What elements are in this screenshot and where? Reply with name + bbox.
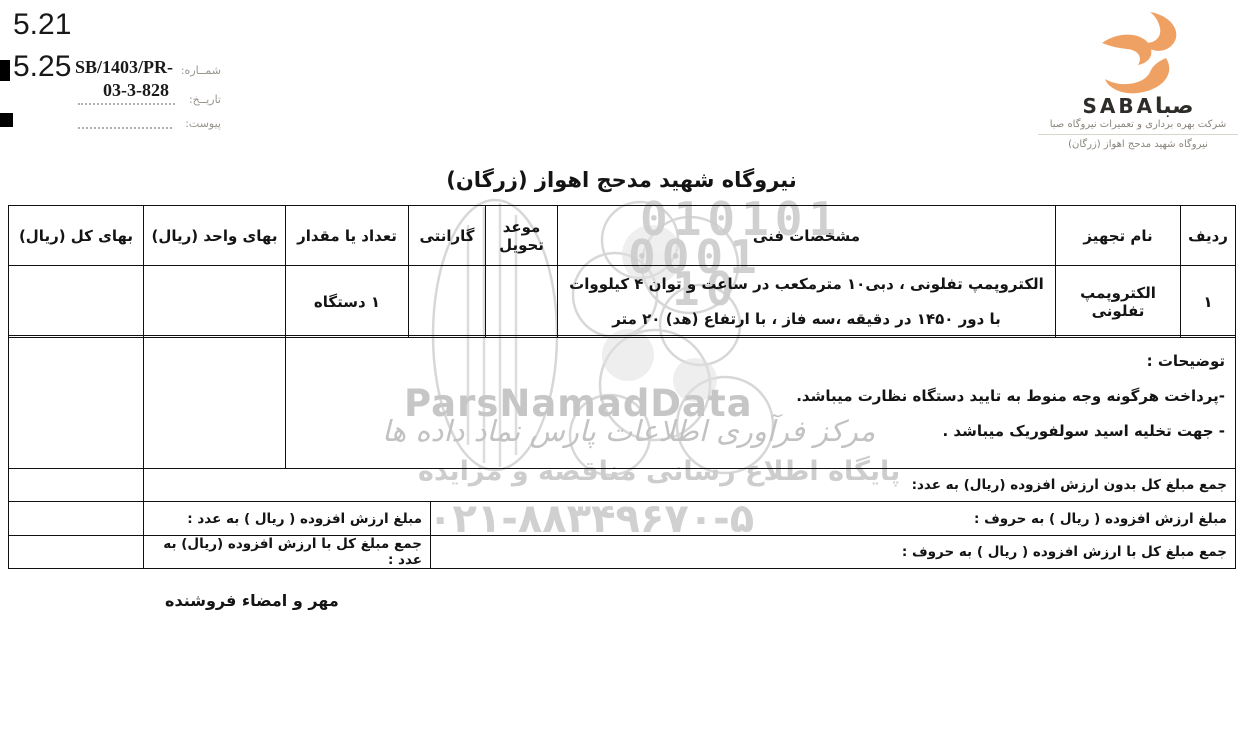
page-title: نیروگاه شهید مدحج اهواز (زرگان) — [0, 168, 1243, 192]
totals-row-with-vat: جمع مبلغ کل با ارزش افزوده ( ریال ) به ح… — [9, 536, 1236, 569]
total-with-vat-number-label: جمع مبلغ کل با ارزش افزوده (ریال) به عدد… — [144, 536, 431, 569]
redaction-mark-top — [0, 60, 10, 81]
logo-caption-company: شرکت بهره برداری و تعمیرات نیروگاه صبا — [1038, 119, 1238, 130]
corner-number-521: 5.21 — [13, 8, 71, 42]
saba-logotype-fa: صبا — [1155, 94, 1194, 119]
header-cell-qty: تعداد یا مقدار — [286, 206, 409, 266]
total-without-vat-value-cell — [9, 469, 144, 502]
saba-logo-block: صباSABA شرکت بهره برداری و تعمیرات نیروگ… — [1038, 10, 1238, 150]
date-dotted-line — [78, 103, 175, 105]
vat-value-cell — [9, 502, 144, 536]
notes-line1: -پرداخت هرگونه وجه منوط به تایید دستگاه … — [296, 379, 1225, 414]
logo-caption-plant: نیروگاه شهید مدحج اهواز (زرگان) — [1038, 134, 1238, 150]
item-row-1: ۱ الکتروپمپ تفلونی الکتروپمپ تفلونی ، دب… — [9, 266, 1236, 338]
field-label-number: شمــاره: — [175, 64, 221, 77]
doc-number-line1: SB/1403/PR- — [75, 57, 173, 78]
total-without-vat-number-label: جمع مبلغ کل بدون ارزش افزوده (ریال) به ع… — [144, 469, 1236, 502]
header-cell-total-price: بهای کل (ریال) — [9, 206, 144, 266]
header-cell-row-index: ردیف — [1181, 206, 1236, 266]
notes-table: توضیحات : -پرداخت هرگونه وجه منوط به تای… — [8, 335, 1236, 469]
field-label-date: تاریــخ: — [178, 93, 221, 106]
attachment-dotted-line — [78, 127, 172, 129]
doc-number-line2: 03-3-828 — [103, 80, 169, 101]
totals-row-vat: مبلغ ارزش افزوده ( ریال ) به حروف : مبلغ… — [9, 502, 1236, 536]
saba-logotype-latin: SABA — [1082, 94, 1155, 118]
notes-line2: - جهت تخلیه اسید سولفوریک میباشد . — [296, 414, 1225, 449]
vat-number-label: مبلغ ارزش افزوده ( ریال ) به عدد : — [144, 502, 431, 536]
items-table-header-row: ردیف نام تجهیز مشخصات فنی موعد تحویل گار… — [9, 206, 1236, 266]
corner-number-525: 5.25 — [13, 50, 71, 84]
item-qty: ۱ دستگاه — [286, 266, 409, 338]
header-cell-equipment: نام تجهیز — [1056, 206, 1181, 266]
item-warranty — [409, 266, 486, 338]
item-unit-price — [144, 266, 286, 338]
notes-cell: توضیحات : -پرداخت هرگونه وجه منوط به تای… — [286, 336, 1236, 469]
seller-signature-label: مهر و امضاء فروشنده — [165, 591, 339, 610]
totals-row-without-vat: جمع مبلغ کل بدون ارزش افزوده (ریال) به ع… — [9, 469, 1236, 502]
totals-table: جمع مبلغ کل بدون ارزش افزوده (ریال) به ع… — [8, 468, 1236, 569]
header-cell-specs: مشخصات فنی — [558, 206, 1056, 266]
saba-logo-icon — [1092, 10, 1184, 94]
item-specs-line2: با دور ۱۴۵۰ در دقیقه ،سه فاز ، با ارتفاع… — [564, 302, 1049, 337]
header-cell-warranty: گارانتی — [409, 206, 486, 266]
item-specs: الکتروپمپ تفلونی ، دبی۱۰ مترمکعب در ساعت… — [558, 266, 1056, 338]
notes-row: توضیحات : -پرداخت هرگونه وجه منوط به تای… — [9, 336, 1236, 469]
item-specs-line1: الکتروپمپ تفلونی ، دبی۱۰ مترمکعب در ساعت… — [564, 267, 1049, 302]
notes-title: توضیحات : — [296, 344, 1225, 379]
item-delivery — [486, 266, 558, 338]
item-equipment: الکتروپمپ تفلونی — [1056, 266, 1181, 338]
item-row-index: ۱ — [1181, 266, 1236, 338]
header-cell-unit-price: بهای واحد (ریال) — [144, 206, 286, 266]
header-cell-delivery: موعد تحویل — [486, 206, 558, 266]
item-total-price — [9, 266, 144, 338]
total-with-vat-words-label: جمع مبلغ کل با ارزش افزوده ( ریال ) به ح… — [431, 536, 1236, 569]
field-label-attachment: پیوست: — [176, 117, 221, 130]
items-table: ردیف نام تجهیز مشخصات فنی موعد تحویل گار… — [8, 205, 1236, 338]
scanned-tender-form: 010101 0001 10 ParsNamadData مرکز فرآوری… — [0, 0, 1243, 731]
redaction-mark-bottom — [0, 113, 13, 127]
vat-words-label: مبلغ ارزش افزوده ( ریال ) به حروف : — [431, 502, 1236, 536]
saba-logotype: صباSABA — [1038, 94, 1238, 119]
total-with-vat-value-cell — [9, 536, 144, 569]
notes-empty-cell-1 — [144, 336, 286, 469]
notes-empty-cell-2 — [9, 336, 144, 469]
